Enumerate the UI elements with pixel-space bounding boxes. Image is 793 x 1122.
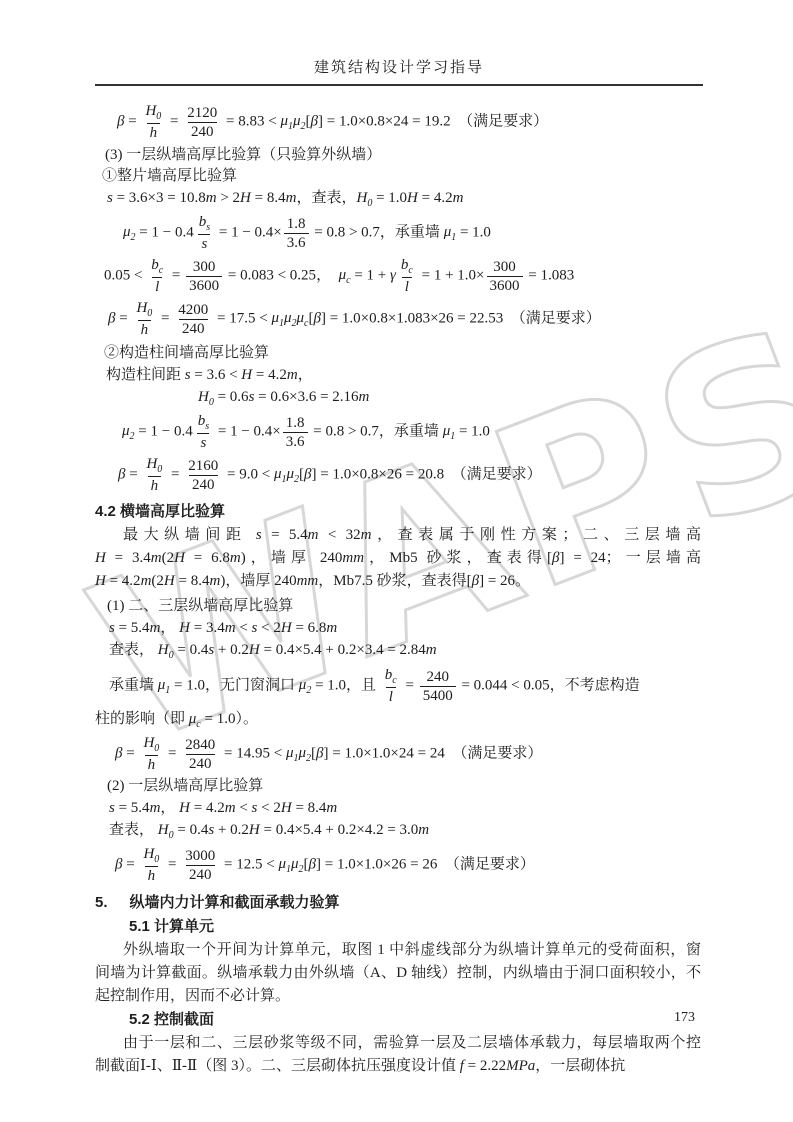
paragraph-line: 外纵墙取一个开间为计算单元，取图 1 中斜虚线部分为纵墙计算单元的受荷面积，窗 xyxy=(95,940,701,961)
subsection-heading: 5.1 计算单元 xyxy=(95,916,701,938)
formula-line: 柱的影响（即 μc = 1.0）。 xyxy=(95,709,701,730)
formula-line: β = H0h = 2160240 = 9.0 < μ1μ2[β] = 1.0×… xyxy=(95,456,701,494)
text-line: (1) 二、三层纵墙高厚比验算 xyxy=(95,596,701,617)
text-line: ①整片墙高厚比验算 xyxy=(95,166,701,187)
formula-line: s = 3.6×3 = 10.8m > 2H = 8.4m，查表，H0 = 1.… xyxy=(95,188,701,209)
section-heading: 5.纵墙内力计算和截面承载力验算 xyxy=(95,892,701,914)
paragraph-line: 由于一层和二、三层砂浆等级不同，需验算一层及二层墙体承载力，每层墙取两个控 xyxy=(95,1033,701,1054)
header-title: 建筑结构设计学习指导 xyxy=(95,56,703,77)
formula-line: 构造柱间距 s = 3.6 < H = 4.2m， xyxy=(95,365,701,386)
paragraph-line: H = 3.4m(2H = 6.8m)，墙厚 240mm，Mb5 砂浆，查表得[… xyxy=(95,548,701,569)
document-page: WAPS 建筑结构设计学习指导 β = H0h = 2120240 = 8.83… xyxy=(0,0,793,1122)
page-content: β = H0h = 2120240 = 8.83 < μ1μ2[β] = 1.0… xyxy=(95,93,701,1077)
text-line: (3) 一层纵墙高厚比验算（只验算外纵墙） xyxy=(95,145,701,166)
header-rule xyxy=(95,84,703,86)
formula-line: β = H0h = 3000240 = 12.5 < μ1μ2[β] = 1.0… xyxy=(95,846,701,884)
formula-line: μ2 = 1 − 0.4bss = 1 − 0.4×1.83.6 = 0.8 >… xyxy=(95,214,701,252)
formula-line: 查表， H0 = 0.4s + 0.2H = 0.4×5.4 + 0.2×3.4… xyxy=(95,640,701,661)
formula-line: 查表， H0 = 0.4s + 0.2H = 0.4×5.4 + 0.2×4.2… xyxy=(95,820,701,841)
formula-line: β = H0h = 2840240 = 14.95 < μ1μ2[β] = 1.… xyxy=(95,735,701,773)
formula-line: μ2 = 1 − 0.4bss = 1 − 0.4×1.83.6 = 0.8 >… xyxy=(95,413,701,451)
page-number: 173 xyxy=(674,1010,695,1026)
text-line: (2) 一层纵墙高厚比验算 xyxy=(95,776,701,797)
subsection-heading: 4.2 横墙高厚比验算 xyxy=(95,501,701,523)
subsection-heading: 5.2 控制截面 xyxy=(95,1009,701,1031)
formula-line: β = H0h = 2120240 = 8.83 < μ1μ2[β] = 1.0… xyxy=(95,103,701,141)
text-line: ②构造柱间墙高厚比验算 xyxy=(95,343,701,364)
formula-line: 0.05 < bcl = 3003600 = 0.083 < 0.25， μc … xyxy=(95,257,701,295)
paragraph-line: 起控制作用，因而不必计算。 xyxy=(95,986,701,1007)
formula-line: 承重墙 μ1 = 1.0，无门窗洞口 μ2 = 1.0，且 bcl = 2405… xyxy=(95,667,701,705)
formula-line: s = 5.4m， H = 3.4m < s < 2H = 6.8m xyxy=(95,618,701,639)
paragraph-line: H = 4.2m(2H = 8.4m)，墙厚 240mm，Mb7.5 砂浆，查表… xyxy=(95,571,701,592)
formula-line: β = H0h = 4200240 = 17.5 < μ1μ2μc[β] = 1… xyxy=(95,300,701,338)
paragraph-line: 最大纵墙间距 s = 5.4m < 32m，查表属于刚性方案；二、三层墙高 xyxy=(95,525,701,546)
paragraph-line: 制截面Ⅰ-Ⅰ、Ⅱ-Ⅱ（图 3）。二、三层砌体抗压强度设计值 f = 2.22MP… xyxy=(95,1056,701,1077)
formula-line: H0 = 0.6s = 0.6×3.6 = 2.16m xyxy=(95,387,701,408)
formula-line: s = 5.4m， H = 4.2m < s < 2H = 8.4m xyxy=(95,798,701,819)
paragraph-line: 间墙为计算截面。纵墙承载力由外纵墙（A、D 轴线）控制，内纵墙由于洞口面积较小，… xyxy=(95,963,701,984)
